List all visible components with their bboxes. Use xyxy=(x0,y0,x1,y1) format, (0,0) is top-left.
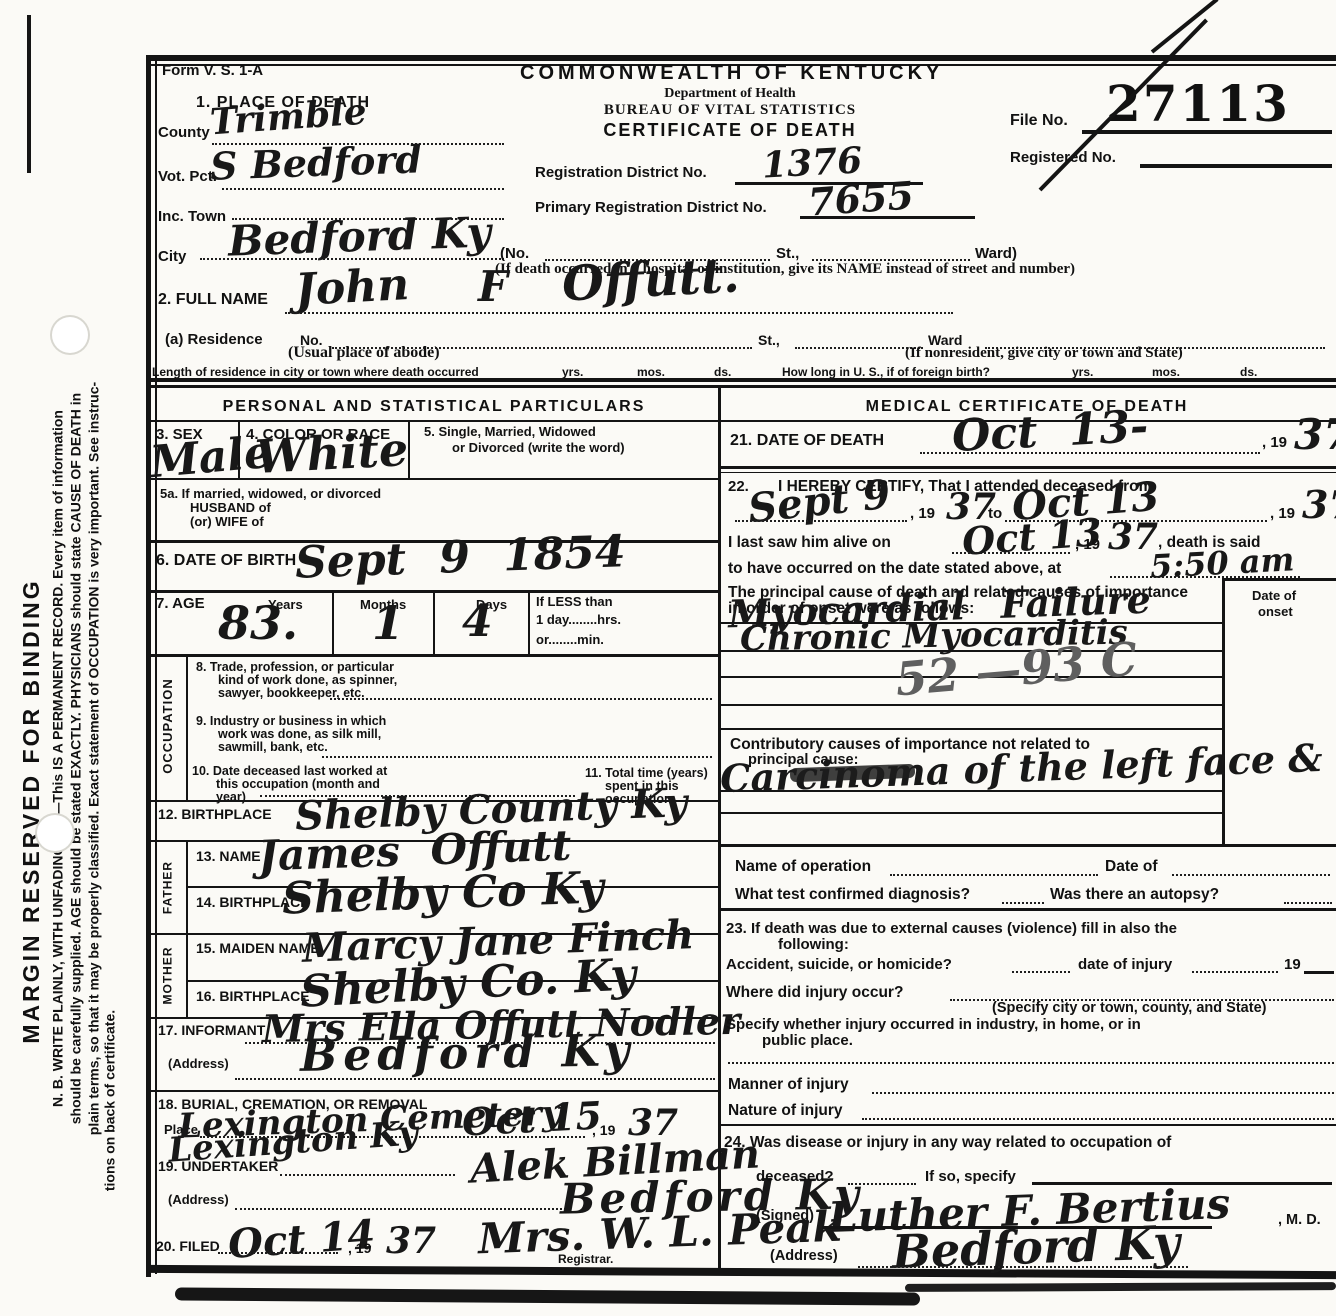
blank-rule-1 xyxy=(718,812,1222,814)
q24-deceased-line xyxy=(848,1183,916,1185)
undertaker-address-label: (Address) xyxy=(168,1192,229,1207)
marital-label-2: or Divorced (write the word) xyxy=(452,440,625,455)
scan-mark-left xyxy=(27,15,31,173)
married-label-3: (or) WIFE of xyxy=(190,514,264,529)
date-of-death-label: 21. DATE OF DEATH xyxy=(730,432,884,450)
us-mos-label: mos. xyxy=(1152,365,1180,379)
margin-binding-text: MARGIN RESERVED FOR BINDING xyxy=(18,380,44,1242)
operation-line xyxy=(890,874,1098,876)
age-less-line2: 1 day........hrs. xyxy=(536,612,621,627)
physician-address-value: Bedford Ky xyxy=(891,1215,1181,1279)
contributory-rule xyxy=(718,790,1222,792)
nonresident-note: (If nonresident, give city or town and S… xyxy=(905,345,1183,362)
age-years-value: 83. xyxy=(218,596,298,650)
margin-note-line1: N. B. WRITE PLAINLY, WITH UNFADING INK—T… xyxy=(50,270,67,1248)
marital-label-1: 5. Single, Married, Widowed xyxy=(424,424,596,439)
informant-address-label: (Address) xyxy=(168,1056,229,1071)
race-value: White xyxy=(254,422,410,484)
father-name-label: 13. NAME xyxy=(196,848,261,864)
operation-date-line xyxy=(1172,874,1330,876)
sex-row-rule xyxy=(150,478,718,480)
personal-section-title: PERSONAL AND STATISTICAL PARTICULARS xyxy=(150,398,718,416)
scan-smudge-right xyxy=(905,1282,1336,1292)
birthplace-label: 12. BIRTHPLACE xyxy=(158,806,272,822)
nature-label: Nature of injury xyxy=(728,1102,843,1120)
onset-box-top-border xyxy=(1222,578,1336,581)
autopsy-line xyxy=(1284,902,1332,904)
age-row-rule xyxy=(150,654,718,657)
inc-town-label: Inc. Town xyxy=(158,208,226,225)
abode-note: (Usual place of abode) xyxy=(288,344,440,362)
informant-label: 17. INFORMANT xyxy=(158,1022,265,1038)
attended-to-year: 37 xyxy=(1302,482,1336,527)
date-of-injury-label: date of injury xyxy=(1078,956,1172,973)
attended-from-line xyxy=(735,520,907,522)
informant-address-value: Bedford Ky xyxy=(300,1025,636,1082)
full-name-label: 2. FULL NAME xyxy=(158,291,268,309)
residence-st-label: St., xyxy=(758,332,780,348)
how-long-us-label: How long in U. S., if of foreign birth? xyxy=(782,365,990,379)
age-divider-3 xyxy=(528,590,530,654)
physician-address-label: (Address) xyxy=(770,1248,838,1264)
margin-note-line3: plain terms, so that it may be properly … xyxy=(86,270,103,1248)
accident-line xyxy=(1012,971,1070,973)
certificate-title: CERTIFICATE OF DEATH xyxy=(520,120,940,141)
us-ds-label: ds. xyxy=(1240,365,1257,379)
primary-district-label: Primary Registration District No. xyxy=(535,199,767,216)
physician-address-line xyxy=(858,1266,1188,1268)
mother-side-label: MOTHER xyxy=(161,931,176,1021)
manner-label: Manner of injury xyxy=(728,1076,849,1094)
occupation-strip-divider xyxy=(186,654,188,800)
father-side-label: FATHER xyxy=(161,843,176,933)
date-of-death-line xyxy=(920,452,1260,454)
md-label: , M. D. xyxy=(1278,1212,1321,1228)
dod-rule-a xyxy=(718,466,1336,469)
form-border-top xyxy=(146,55,1336,61)
bureau-title: BUREAU OF VITAL STATISTICS xyxy=(520,102,940,119)
specify-whether-text1: Specify whether injury occurred in indus… xyxy=(726,1016,1141,1033)
age-months-value: 1 xyxy=(372,596,404,650)
county-label: County xyxy=(158,124,210,141)
test-line xyxy=(1002,902,1044,904)
where-injury-label: Where did injury occur? xyxy=(726,984,903,1002)
mother-strip-divider xyxy=(186,933,188,1017)
length-yrs-label: yrs. xyxy=(562,365,583,379)
corner-pen-mark xyxy=(1151,0,1219,54)
autopsy-label: Was there an autopsy? xyxy=(1050,886,1219,904)
occ9-line2: work was done, as silk mill, xyxy=(218,727,381,741)
hole-punch-bottom xyxy=(37,815,73,851)
occ10-line2: this occupation (month and xyxy=(216,777,380,791)
occ10-line1: 10. Date deceased last worked at xyxy=(192,764,387,778)
full-name-last: Offutt. xyxy=(561,247,741,312)
sex-race-divider xyxy=(238,420,240,478)
city-label: City xyxy=(158,248,186,265)
commonwealth-title: COMMONWEALTH OF KENTUCKY xyxy=(520,62,940,85)
test-label: What test confirmed diagnosis? xyxy=(735,886,970,904)
q24-text1: 24. Was disease or injury in any way rel… xyxy=(724,1134,1171,1152)
blank-dotted-line xyxy=(728,1062,1334,1064)
city-line xyxy=(200,258,504,260)
last-saw-text: I last saw him alive on xyxy=(728,534,891,552)
nature-line xyxy=(862,1118,1334,1120)
attended-to-year-prefix: , 19 xyxy=(1270,505,1295,522)
married-label-2: HUSBAND of xyxy=(190,500,271,515)
dob-value: Sept 9 1854 xyxy=(294,526,626,589)
q24-ifso-label: If so, specify xyxy=(925,1168,1016,1185)
occ9-line3: sawmill, bank, etc. xyxy=(218,740,328,754)
last-saw-year-prefix: , 19 xyxy=(1075,536,1100,553)
age-label: 7. AGE xyxy=(156,595,205,612)
last-saw-line xyxy=(952,552,1070,554)
operation-label: Name of operation xyxy=(735,858,871,876)
hole-punch-top xyxy=(52,317,88,353)
married-label-1: 5a. If married, widowed, or divorced xyxy=(160,486,381,501)
precinct-label: Vot. Pct. xyxy=(158,168,217,185)
precinct-value: S Bedford xyxy=(209,136,422,188)
registered-no-line xyxy=(1140,164,1332,168)
age-days-value: 4 xyxy=(462,596,493,647)
attended-from-year-prefix: , 19 xyxy=(910,505,935,522)
margin-note-line2: should be carefully supplied. AGE should… xyxy=(68,270,85,1248)
filed-label: 20. FILED xyxy=(156,1238,220,1254)
manner-line xyxy=(872,1092,1334,1094)
signed-label: (Signed) xyxy=(756,1208,814,1224)
file-no-label: File No. xyxy=(1010,112,1068,130)
age-less-line3: or........min. xyxy=(536,632,604,647)
occ9-line xyxy=(322,756,712,758)
specify-city-note: (Specify city or town, county, and State… xyxy=(992,1000,1266,1016)
date-of-injury-line xyxy=(1192,971,1278,973)
margin-note-line4: tions on back of certificate. xyxy=(102,951,119,1251)
filed-year-prefix: , 19 xyxy=(348,1240,371,1256)
residence-label: (a) Residence xyxy=(165,331,263,348)
autopsy-rule xyxy=(718,908,1336,911)
undertaker-line xyxy=(280,1174,455,1176)
injury-year-line xyxy=(1304,971,1334,974)
full-name-line xyxy=(285,312,953,314)
street-no-paren: (No. xyxy=(500,245,529,262)
registrar-label: Registrar. xyxy=(558,1252,613,1266)
residence-length-label: Length of residence in city or town wher… xyxy=(152,365,479,379)
top-band-rule2 xyxy=(150,385,1336,388)
age-divider-1 xyxy=(332,590,334,654)
occ11-line1: 11. Total time (years) xyxy=(585,766,708,780)
occurred-text: to have occurred on the date stated abov… xyxy=(728,560,1061,578)
death-certificate-scan: MARGIN RESERVED FOR BINDING N. B. WRITE … xyxy=(0,0,1336,1316)
race-marital-divider xyxy=(408,420,410,478)
undertaker-label: 19. UNDERTAKER xyxy=(158,1158,278,1174)
filed-year-value: 37 xyxy=(386,1220,436,1262)
undertaker-address-line xyxy=(235,1208,570,1210)
q24-deceased-label: deceased? xyxy=(756,1168,834,1185)
age-divider-2 xyxy=(433,590,435,654)
onset-label-1: Date of xyxy=(1252,588,1296,603)
onset-label-2: onset xyxy=(1258,604,1293,619)
attended-from-value: Sept 9 xyxy=(746,471,893,533)
dod-year-prefix: , 19 xyxy=(1262,434,1287,451)
occ8-line2: kind of work done, as spinner, xyxy=(218,673,397,687)
street-label: St., xyxy=(776,245,799,262)
city-value: Bedford Ky xyxy=(227,207,491,265)
occ8-line1: 8. Trade, profession, or particular xyxy=(196,660,394,674)
operation-date-label: Date of xyxy=(1105,858,1158,876)
occupation-side-label: OCCUPATION xyxy=(160,656,176,796)
burial-year-prefix: , 19 xyxy=(592,1122,615,1138)
accident-label: Accident, suicide, or homicide? xyxy=(726,956,952,973)
personal-title-rule xyxy=(150,420,718,422)
top-band-rule1 xyxy=(150,378,1336,382)
registration-district-label: Registration District No. xyxy=(535,164,707,181)
residence-st-line xyxy=(795,347,923,349)
age-less-line1: If LESS than xyxy=(536,594,613,609)
ward-paren: Ward) xyxy=(975,245,1017,262)
cause-rule-4 xyxy=(718,704,1222,706)
dob-label: 6. DATE OF BIRTH xyxy=(156,552,296,570)
specify-whether-text2: public place. xyxy=(762,1032,853,1049)
injury-year-prefix: 19 xyxy=(1284,956,1301,973)
onset-box-left-border xyxy=(1222,578,1225,846)
full-name-first: John xyxy=(294,259,411,316)
filed-date-line xyxy=(218,1252,338,1254)
cause-rule-5 xyxy=(718,728,1222,730)
occ8-line xyxy=(330,698,712,700)
form-number: Form V. S. 1-A xyxy=(162,62,263,79)
us-yrs-label: yrs. xyxy=(1072,365,1093,379)
form-border-left xyxy=(146,55,151,1277)
length-mos-label: mos. xyxy=(637,365,665,379)
file-no-value: 27113 xyxy=(1106,74,1290,133)
primary-district-line xyxy=(800,216,975,219)
length-ds-label: ds. xyxy=(714,365,731,379)
scan-smudge-left xyxy=(175,1287,920,1305)
informant-rule xyxy=(150,1090,718,1092)
dod-year-value: 37 xyxy=(1294,410,1336,459)
precinct-line xyxy=(222,188,504,190)
nature-rule xyxy=(718,1124,1336,1126)
occ9-line1: 9. Industry or business in which xyxy=(196,714,386,728)
department-title: Department of Health xyxy=(520,86,940,102)
informant-address-line xyxy=(235,1078,715,1080)
q23-text2: following: xyxy=(778,936,849,953)
blank-rule-2 xyxy=(718,844,1336,847)
dod-rule-b xyxy=(718,472,1336,473)
full-name-middle: F xyxy=(478,262,508,311)
mother-birthplace-label: 16. BIRTHPLACE xyxy=(196,988,310,1004)
q23-text1: 23. If death was due to external causes … xyxy=(726,920,1177,937)
